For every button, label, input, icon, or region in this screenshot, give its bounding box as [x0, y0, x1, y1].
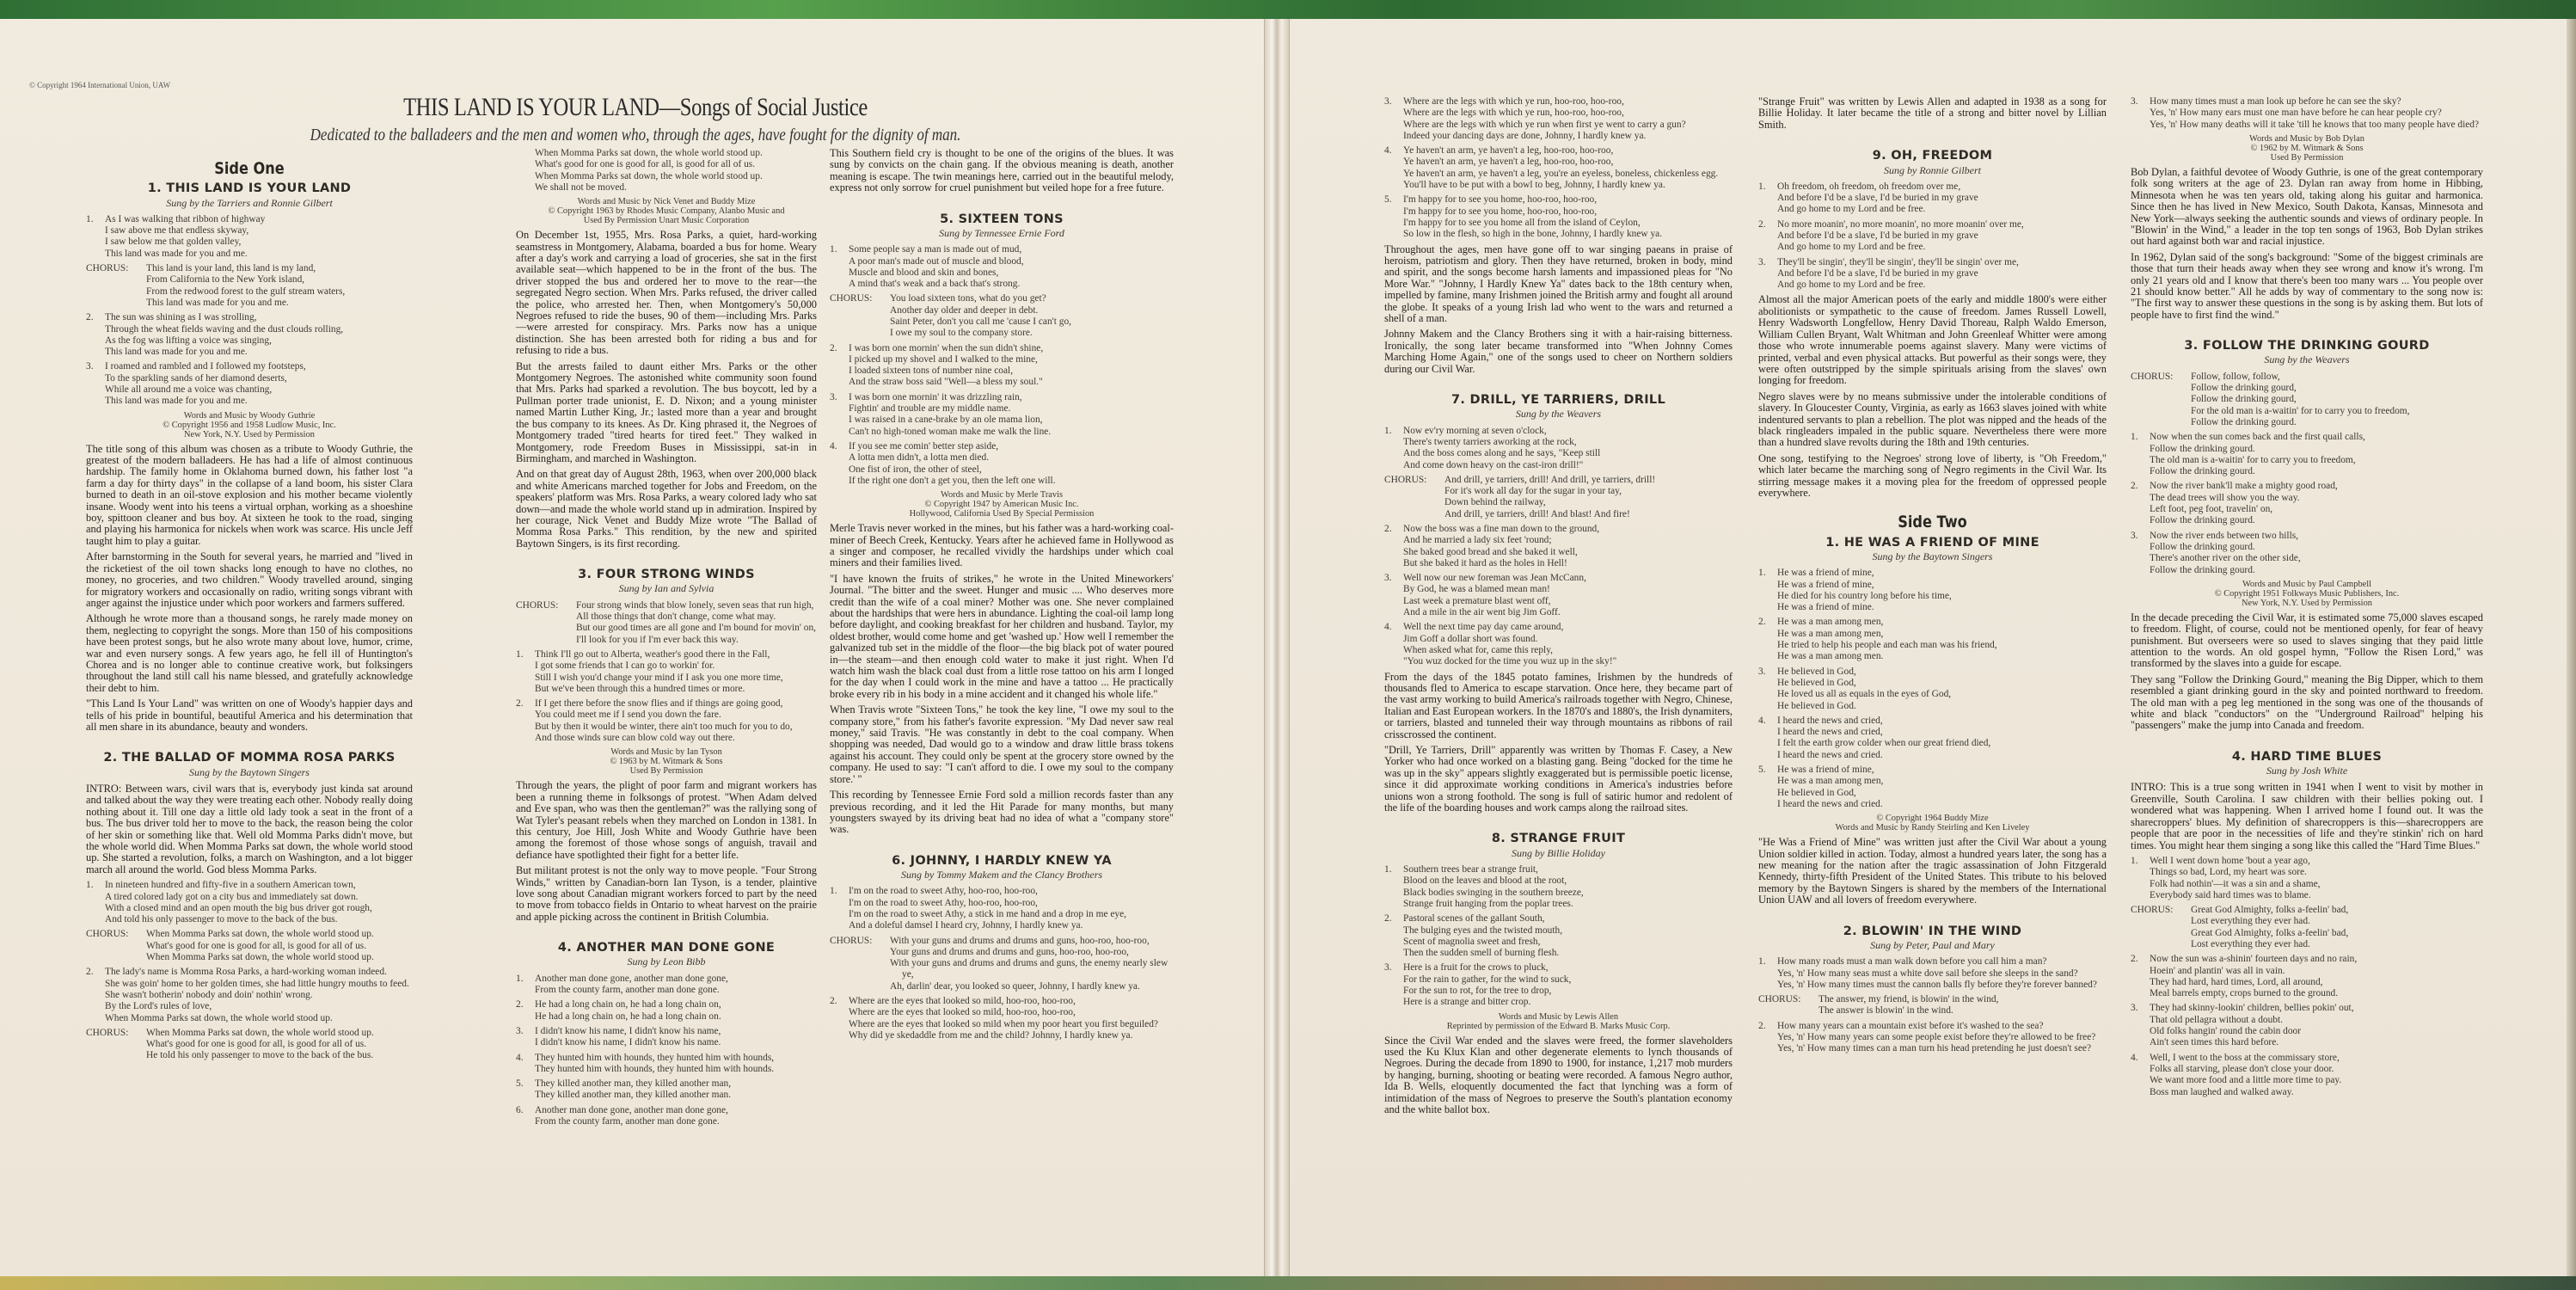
song-drinking-gourd: 3. FOLLOW THE DRINKING GOURDSung by the …: [2131, 341, 2483, 746]
song-blowin-in-the-wind-cont: 3.How many times must a man look up befo…: [2131, 96, 2483, 335]
song-intro: INTRO: This is a true song written in 19…: [2131, 782, 2483, 851]
verse-lines: Some people say a man is made out of mud…: [849, 244, 1024, 290]
lyric-line: When Momma Parks sat down, the whole wor…: [105, 1013, 409, 1024]
lyric-line: The answer is blowin' in the wind.: [1819, 1005, 1998, 1017]
lyric-line: What's good for one is good for all, is …: [535, 159, 763, 170]
lyric-line: They killed another man, they killed ano…: [535, 1078, 731, 1090]
lyric-line: How many roads must a man walk down befo…: [1777, 956, 2097, 967]
lyric-line: Think I'll go out to Alberta, weather's …: [535, 649, 783, 660]
verse: 4.I heard the news and cried,I heard the…: [1758, 716, 2107, 761]
verse: 1.In nineteen hundred and fifty-five in …: [86, 880, 413, 925]
song-title: 1. THIS LAND IS YOUR LAND: [86, 183, 413, 194]
verse-lines: They'll be singin', they'll be singin', …: [1777, 257, 2019, 292]
lyric-line: Here is a strange and bitter crop.: [1403, 997, 1571, 1008]
verse-lines: Pastoral scenes of the gallant South,The…: [1403, 913, 1562, 959]
song-intro: INTRO: Between wars, civil wars that is,…: [86, 783, 413, 875]
verse-lines: Great God Almighty, folks a-feelin' bad,…: [2191, 905, 2348, 950]
lyric-line: I heard the news and cried.: [1777, 799, 1883, 810]
page-title: THIS LAND IS YOUR LAND—Songs of Social J…: [114, 93, 1156, 122]
lyric-line: He believed in God,: [1777, 666, 1951, 678]
lyric-line: Why did ye skedaddle from me and the chi…: [849, 1030, 1158, 1041]
verse: When Momma Parks sat down, the whole wor…: [516, 148, 817, 193]
section-spacer: [830, 199, 1174, 209]
lyric-line: In nineteen hundred and fifty-five in a …: [105, 880, 372, 891]
verse-label: 1.: [516, 974, 535, 997]
credit-line: © Copyright 1951 Folkways Music Publishe…: [2131, 589, 2483, 599]
lyric-line: Where are the eyes that looked so mild, …: [849, 996, 1158, 1007]
credit-line: Words and Music by Nick Venet and Buddy …: [516, 197, 817, 206]
lyric-line: As the fog was lifting a voice was singi…: [105, 335, 343, 347]
lyric-line: Well, I went to the boss at the commissa…: [2150, 1053, 2341, 1064]
verse-label: 3.: [516, 1026, 535, 1049]
section-spacer: [830, 840, 1174, 851]
credit-line: New York, N.Y. Used by Permission: [86, 430, 413, 439]
verse-label: 2.: [516, 698, 535, 744]
lyric-line: By God, he was a blamed mean man!: [1403, 584, 1586, 595]
lyric-line: The old man is a-waitin' for to carry yo…: [2150, 455, 2365, 466]
credit-line: Words and Music by Ian Tyson: [516, 747, 817, 757]
lyric-line: Indeed your dancing days are done, Johnn…: [1403, 131, 1686, 142]
credit-line: Hollywood, California Used By Special Pe…: [830, 509, 1174, 519]
copyright-notice: © Copyright 1964 International Union, UA…: [29, 81, 170, 89]
verse: 3.He believed in God,He believed in God,…: [1758, 666, 2107, 712]
lyric-line: And before I'd be a slave, I'd be buried…: [1777, 230, 2024, 242]
section-spacer: [1384, 818, 1733, 828]
lyric-line: Where are the eyes that looked so mild, …: [849, 1007, 1158, 1018]
lyric-line: Some people say a man is made out of mud…: [849, 244, 1024, 255]
verse: 1.I'm on the road to sweet Athy, hoo-roo…: [830, 886, 1174, 931]
verse-label: 1.: [516, 649, 535, 695]
lyric-line: Blood on the leaves and blood at the roo…: [1403, 875, 1584, 887]
lyric-line: Where are the eyes that looked so mild w…: [849, 1019, 1158, 1030]
verse-lines: The answer, my friend, is blowin' in the…: [1819, 994, 1998, 1017]
lyric-line: Another man done gone, another man done …: [535, 974, 728, 985]
verse-label: 2.: [830, 343, 849, 389]
verse-label: CHORUS:: [1384, 475, 1444, 520]
lyric-line: Yes, 'n' How many times can a man turn h…: [1777, 1043, 2095, 1054]
lyric-line: What's good for one is good for all, is …: [146, 1039, 374, 1050]
verse-lines: They hunted him with hounds, they hunted…: [535, 1053, 774, 1076]
credit-line: Words and Music by Paul Campbell: [2131, 580, 2483, 589]
lyric-line: To the sparkling sands of her diamond de…: [105, 373, 306, 384]
verse: 2.Now the sun was a-shinin' fourteen day…: [2131, 954, 2483, 999]
verse: 3.Now the river ends between two hills,F…: [2131, 531, 2483, 576]
lyric-line: The dead trees will show you the way.: [2150, 493, 2338, 504]
lyric-line: This land is your land, this land is my …: [146, 263, 345, 274]
verse-lines: And drill, ye tarriers, drill! And drill…: [1444, 475, 1655, 520]
lyric-line: Now the river bank'll make a mighty good…: [2150, 481, 2338, 492]
song-notes: Bob Dylan, a faithful devotee of Woody G…: [2131, 167, 2483, 248]
verse-lines: If I get there before the snow flies and…: [535, 698, 793, 744]
verse-label: 3.: [1758, 666, 1777, 712]
song-strange-fruit-cont: "Strange Fruit" was written by Lewis All…: [1758, 96, 2107, 145]
lyric-line: He was a man among men,: [1777, 629, 1997, 640]
lyric-line: Hoein' and plantin' was all in vain.: [2150, 966, 2357, 977]
song-johnny-hardly-knew-ya-cont: 3.Where are the legs with which ye run, …: [1384, 96, 1733, 390]
section-spacer: [1384, 379, 1733, 390]
verse: 4.They hunted him with hounds, they hunt…: [516, 1053, 817, 1076]
lyric-line: Follow the drinking gourd.: [2150, 466, 2365, 477]
verse-lines: Now the river ends between two hills,Fol…: [2150, 531, 2301, 576]
verse-lines: Well the next time pay day came around,J…: [1403, 622, 1616, 667]
lyric-line: He loved us all as equals in the eyes of…: [1777, 689, 1951, 700]
verse: 3.They had skinny-lookin' children, bell…: [2131, 1003, 2483, 1048]
lyric-line: "You wuz docked for the time you wuz up …: [1403, 656, 1616, 667]
lyric-line: I loaded sixteen tons of number nine coa…: [849, 365, 1043, 377]
lyric-line: Great God Almighty, folks a-feelin' bad,: [2191, 928, 2348, 939]
lyric-line: I didn't know his name, I didn't know hi…: [535, 1026, 721, 1037]
song-title: 9. OH, FREEDOM: [1758, 150, 2107, 162]
lyric-line: Pastoral scenes of the gallant South,: [1403, 913, 1562, 924]
verse-lines: Where are the eyes that looked so mild, …: [849, 996, 1158, 1041]
lyric-line: They'll be singin', they'll be singin', …: [1777, 257, 2019, 268]
verse-lines: Well, I went to the boss at the commissa…: [2150, 1053, 2341, 1098]
lyric-line: From the county farm, another man done g…: [535, 1116, 728, 1127]
lyric-line: When Momma Parks sat down, the whole wor…: [146, 929, 374, 940]
lyric-line: Ye haven't an arm, ye haven't a leg, hoo…: [1403, 145, 1718, 157]
side-two-heading: Side Two: [1784, 517, 2080, 528]
verse: 2.The lady's name is Momma Rosa Parks, a…: [86, 967, 413, 1023]
verse: CHORUS:The answer, my friend, is blowin'…: [1758, 994, 2107, 1017]
verse-label: 3.: [1384, 573, 1403, 618]
verse-label: 3.: [2131, 1003, 2150, 1048]
lyric-line: He was a friend of mine,: [1777, 568, 1952, 579]
verse: 1.Some people say a man is made out of m…: [830, 244, 1174, 290]
lyric-line: She wasn't botherin' nobody and doin' no…: [105, 990, 409, 1001]
verse-label: 2.: [516, 999, 535, 1023]
verse-lines: They had skinny-lookin' children, bellie…: [2150, 1003, 2354, 1048]
song-notes: Throughout the ages, men have gone off t…: [1384, 244, 1733, 325]
credit-line: Reprinted by permission of the Edward B.…: [1384, 1022, 1733, 1031]
lyric-line: Black bodies swinging in the southern br…: [1403, 888, 1584, 899]
lyric-line: He had a long chain on, he had a long ch…: [535, 1011, 721, 1023]
lyric-line: Folks all starving, please don't close y…: [2150, 1064, 2341, 1075]
song-sixteen-tons: 5. SIXTEEN TONSSung by Tennessee Ernie F…: [830, 214, 1174, 851]
verse-label: 1.: [1758, 568, 1777, 613]
verse-lines: The sun was shining as I was strolling,T…: [105, 312, 343, 358]
lyric-line: I saw below me that golden valley,: [105, 236, 265, 248]
song-title: 1. HE WAS A FRIEND OF MINE: [1758, 537, 2107, 549]
verse: CHORUS:Great God Almighty, folks a-feeli…: [2131, 905, 2483, 950]
lyric-line: One fist of iron, the other of steel,: [849, 464, 1056, 476]
lyric-line: Lost everything they ever had.: [2191, 939, 2348, 950]
section-spacer: [2131, 1102, 2483, 1112]
verse: 1.He was a friend of mine,He was a frien…: [1758, 568, 2107, 613]
verse: 1.Southern trees bear a strange fruit,Bl…: [1384, 864, 1733, 910]
verse-lines: As I was walking that ribbon of highwayI…: [105, 214, 265, 260]
song-momma-rosa-parks: 2. THE BALLAD OF MOMMA ROSA PARKSSung by…: [86, 752, 413, 1075]
lyric-line: But she baked it hard as the holes in He…: [1403, 558, 1599, 569]
verse: CHORUS:And drill, ye tarriers, drill! An…: [1384, 475, 1733, 520]
song-notes: In 1962, Dylan said of the song's backgr…: [2131, 252, 2483, 321]
verse-label: 1.: [830, 244, 849, 290]
lyric-line: And drill, ye tarriers, drill! And drill…: [1444, 475, 1655, 486]
lyric-line: I felt the earth grow colder when our gr…: [1777, 738, 1990, 749]
lyric-line: Saint Peter, don't you call me 'cause I …: [890, 316, 1071, 328]
lyric-line: Great God Almighty, folks a-feelin' bad,: [2191, 905, 2348, 916]
sung-by: Sung by the Tarriers and Ronnie Gilbert: [86, 198, 413, 209]
lyric-line: Ye haven't an arm, ye haven't a leg, hoo…: [1403, 157, 1718, 168]
lyric-line: This land was made for you and me.: [105, 396, 306, 407]
verse-label: 3.: [2131, 531, 2150, 576]
lyric-line: What's good for one is good for all, is …: [146, 941, 374, 952]
song-notes: "Drill, Ye Tarriers, Drill" apparently w…: [1384, 745, 1733, 814]
verse-label: 4.: [1758, 716, 1777, 761]
lyric-line: No more moanin', no more moanin', no mor…: [1777, 219, 2024, 230]
lyric-line: Yes, 'n' How many ears must one man have…: [2150, 107, 2479, 119]
lyric-line: I saw above me that endless skyway,: [105, 225, 265, 236]
sung-by: Sung by the Baytown Singers: [86, 767, 413, 778]
song-notes: The title song of this album was chosen …: [86, 444, 413, 548]
lyric-line: I'm happy for to see you home all from t…: [1403, 218, 1662, 229]
verse: 4.Ye haven't an arm, ye haven't a leg, h…: [1384, 145, 1733, 191]
section-spacer: [86, 737, 413, 747]
verse-label: 6.: [516, 1105, 535, 1128]
lyric-line: They had skinny-lookin' children, bellie…: [2150, 1003, 2354, 1014]
lyric-line: How many years can a mountain exist befo…: [1777, 1021, 2095, 1032]
verse: 3.They'll be singin', they'll be singin'…: [1758, 257, 2107, 292]
verse-lines: With your guns and drums and drums and g…: [890, 936, 1174, 992]
song-credit: Words and Music by Ian Tyson© 1963 by M.…: [516, 747, 817, 776]
verse-lines: Four strong winds that blow lonely, seve…: [576, 600, 816, 646]
lyric-line: With your guns and drums and drums and g…: [890, 958, 1174, 981]
verse-lines: I roamed and rambled and I followed my f…: [105, 361, 306, 407]
lyric-line: I roamed and rambled and I followed my f…: [105, 361, 306, 372]
gatefold-spine: [1264, 19, 1290, 1279]
verse-lines: In nineteen hundred and fifty-five in a …: [105, 880, 372, 925]
lyric-line: Can't no high-toned woman make me walk t…: [849, 427, 1051, 438]
song-notes: Almost all the major American poets of t…: [1758, 294, 2107, 386]
verse-label: 1.: [1758, 956, 1777, 991]
lyric-line: A mind that's weak and a back that's str…: [849, 279, 1024, 290]
lyric-line: By the Lord's rules of love,: [105, 1001, 409, 1012]
verse: CHORUS:When Momma Parks sat down, the wh…: [86, 1028, 413, 1062]
verse: 3.I was born one mornin' it was drizzlin…: [830, 392, 1174, 438]
lyric-line: Ah, darlin' dear, you looked so queer, J…: [890, 981, 1174, 992]
verse-label: 2.: [2131, 481, 2150, 526]
verse-lines: How many times must a man look up before…: [2150, 96, 2479, 131]
song-title: 8. STRANGE FRUIT: [1384, 833, 1733, 845]
lyric-line: They killed another man, they killed ano…: [535, 1090, 731, 1101]
song-notes: And on that great day of August 28th, 19…: [516, 469, 817, 550]
lyric-line: You could meet me if I send you down the…: [535, 709, 793, 721]
verse-label: 5.: [516, 1078, 535, 1102]
verse-lines: He was a man among men,He was a man amon…: [1777, 617, 1997, 662]
song-strange-fruit: 8. STRANGE FRUITSung by Billie Holiday1.…: [1384, 833, 1733, 1130]
verse-label: 3.: [2131, 96, 2150, 131]
side-one-heading: Side One: [111, 163, 389, 175]
section-spacer: [1758, 911, 2107, 921]
verse-lines: Another man done gone, another man done …: [535, 974, 728, 997]
lyric-line: And he married a lady six feet 'round;: [1403, 535, 1599, 546]
song-drill-ye-tarriers: 7. DRILL, YE TARRIERS, DRILLSung by the …: [1384, 395, 1733, 828]
verse-label: 3.: [86, 361, 105, 407]
verse-lines: When Momma Parks sat down, the whole wor…: [146, 929, 374, 963]
song-title: 3. FOLLOW THE DRINKING GOURD: [2131, 341, 2483, 352]
verse-label: 3.: [1384, 962, 1403, 1008]
credit-line: Words and Music by Bob Dylan: [2131, 134, 2483, 144]
lyric-line: And before I'd be a slave, I'd be buried…: [1777, 268, 2019, 279]
lyric-line: Here is a fruit for the crows to pluck,: [1403, 962, 1571, 974]
verse-label: 2.: [1758, 1021, 1777, 1055]
song-notes: One song, testifying to the Negroes' str…: [1758, 453, 2107, 500]
song-notes: In the decade preceding the Civil War, i…: [2131, 612, 2483, 670]
verse: 1.Now ev'ry morning at seven o'clock,The…: [1384, 426, 1733, 471]
song-momma-rosa-parks-cont: When Momma Parks sat down, the whole wor…: [516, 148, 817, 564]
lyric-line: And a doleful damsel I heard cry, Johnny…: [849, 920, 1126, 931]
section-spacer: [86, 1066, 413, 1076]
lyric-line: And told his only passenger to move to t…: [105, 914, 372, 925]
lyric-line: But our good times are all gone and I'm …: [576, 623, 816, 634]
verse-label: CHORUS:: [86, 929, 146, 963]
verse: 5.He was a friend of mine,He was a man a…: [1758, 765, 2107, 810]
lyric-line: And go home to my Lord and be free.: [1777, 204, 1978, 215]
lyric-line: Follow the drinking gourd.: [2150, 565, 2301, 576]
credit-line: Used By Permission: [2131, 153, 2483, 163]
lyric-line: When Momma Parks sat down, the whole wor…: [535, 148, 763, 159]
sung-by: Sung by Peter, Paul and Mary: [1758, 940, 2107, 951]
column-3: This Southern field cry is thought to be…: [830, 148, 1174, 1055]
credit-line: New York, N.Y. Used by Permission: [2131, 599, 2483, 608]
verse: 2.Where are the eyes that looked so mild…: [830, 996, 1174, 1041]
sung-by: Sung by the Baytown Singers: [1758, 551, 2107, 562]
song-notes: But the arrests failed to daunt either M…: [516, 361, 817, 465]
song-credit: Words and Music by Woody Guthrie© Copyri…: [86, 411, 413, 439]
verse-label: 1.: [2131, 856, 2150, 901]
verse-lines: Well now our new foreman was Jean McCann…: [1403, 573, 1586, 618]
verse-lines: Here is a fruit for the crows to pluck,F…: [1403, 962, 1571, 1008]
lyric-line: And the boss comes along and he says, "K…: [1403, 448, 1600, 459]
verse-label: 4.: [2131, 1053, 2150, 1098]
verse-label: CHORUS:: [2131, 905, 2191, 950]
lyric-line: I'm on the road to sweet Athy, hoo-roo, …: [849, 886, 1126, 897]
lyric-line: The sun was shining as I was strolling,: [105, 312, 343, 323]
lyric-line: If the right one don't a get you, then t…: [849, 476, 1056, 487]
verse-lines: Follow, follow, follow,Follow the drinki…: [2191, 372, 2409, 428]
lyric-line: Ye haven't an arm, ye haven't a leg, you…: [1403, 169, 1718, 180]
verse: 5.They killed another man, they killed a…: [516, 1078, 817, 1102]
verse: 3.I didn't know his name, I didn't know …: [516, 1026, 817, 1049]
lyric-line: For the sun to rot, for the tree to drop…: [1403, 986, 1571, 997]
song-credit: Words and Music by Nick Venet and Buddy …: [516, 197, 817, 225]
verse-lines: Now when the sun comes back and the firs…: [2150, 432, 2365, 477]
verse: 2.I was born one mornin' when the sun di…: [830, 343, 1174, 389]
verse-label: 2.: [1758, 617, 1777, 662]
lyric-line: Where are the legs with which ye run whe…: [1403, 120, 1686, 131]
lyric-line: When asked what for, came this reply,: [1403, 645, 1616, 656]
credit-line: Words and Music by Randy Steirling and K…: [1758, 823, 2107, 832]
verse: 4.Well the next time pay day came around…: [1384, 622, 1733, 667]
verse-label: 5.: [1384, 194, 1403, 240]
column-6: 3.How many times must a man look up befo…: [2131, 96, 2483, 1112]
lyric-line: Lost everything they ever had.: [2191, 916, 2348, 927]
song-title: 7. DRILL, YE TARRIERS, DRILL: [1384, 395, 1733, 406]
verse-lines: I'm on the road to sweet Athy, hoo-roo, …: [849, 886, 1126, 931]
lyric-line: He had a long chain on, he had a long ch…: [535, 999, 721, 1010]
right-page-edge: [2567, 19, 2576, 1279]
verse-lines: Now the river bank'll make a mighty good…: [2150, 481, 2338, 526]
verse-lines: He believed in God,He believed in God,He…: [1777, 666, 1951, 712]
song-oh-freedom: 9. OH, FREEDOMSung by Ronnie Gilbert1.Oh…: [1758, 150, 2107, 513]
song-notes: After barnstorming in the South for seve…: [86, 551, 413, 609]
verse-label: 3.: [830, 392, 849, 438]
verse-lines: I heard the news and cried,I heard the n…: [1777, 716, 1990, 761]
section-spacer: [2131, 325, 2483, 335]
song-title: 5. SIXTEEN TONS: [830, 214, 1174, 225]
verse-lines: Ye haven't an arm, ye haven't a leg, hoo…: [1403, 145, 1718, 191]
lyric-line: Through the wheat fields waving and the …: [105, 324, 343, 335]
lyric-line: I was raised in a cane-brake by an ole m…: [849, 415, 1051, 426]
verse-lines: Think I'll go out to Alberta, weather's …: [535, 649, 783, 695]
section-spacer: [516, 554, 817, 564]
lyric-line: Your guns and drums and drums and guns, …: [890, 947, 1174, 958]
verse-label: 1.: [2131, 432, 2150, 477]
section-spacer: [1384, 1120, 1733, 1130]
lyric-line: That old pellagra without a doubt.: [2150, 1015, 2354, 1026]
verse-lines: How many years can a mountain exist befo…: [1777, 1021, 2095, 1055]
verse-label: 2.: [1384, 524, 1403, 569]
verse-lines: Oh freedom, oh freedom, oh freedom over …: [1777, 181, 1978, 216]
verse-lines: No more moanin', no more moanin', no mor…: [1777, 219, 2024, 254]
lyric-line: From California to the New York island,: [146, 274, 345, 286]
lyric-line: All those things that don't change, come…: [576, 611, 816, 623]
lyric-line: Follow the drinking gourd,: [2191, 383, 2409, 394]
verse: 6.Another man done gone, another man don…: [516, 1105, 817, 1128]
lyric-line: Follow the drinking gourd,: [2191, 394, 2409, 405]
verse: 1.Think I'll go out to Alberta, weather'…: [516, 649, 817, 695]
credit-line: © Copyright 1947 by American Music Inc.: [830, 500, 1174, 509]
verse-label: 2.: [1758, 219, 1777, 254]
lyric-line: Still I wish you'd change your mind if I…: [535, 673, 783, 684]
lyric-line: There's another river on the other side,: [2150, 553, 2301, 564]
verse-label: [516, 148, 535, 193]
lyric-line: Left foot, peg foot, travelin' on,: [2150, 504, 2338, 515]
sung-by: Sung by Josh White: [2131, 765, 2483, 777]
verse: CHORUS:Four strong winds that blow lonel…: [516, 600, 817, 646]
lyric-line: He told his only passenger to move to th…: [146, 1050, 374, 1061]
song-another-man-done-gone-cont: This Southern field cry is thought to be…: [830, 148, 1174, 209]
column-2: When Momma Parks sat down, the whole wor…: [516, 148, 817, 1141]
lyric-line: A poor man's made out of muscle and bloo…: [849, 256, 1024, 267]
lyric-line: Now the river ends between two hills,: [2150, 531, 2301, 542]
credit-line: © Copyright 1956 and 1958 Ludlow Music, …: [86, 421, 413, 430]
sung-by: Sung by Billie Holiday: [1384, 848, 1733, 859]
lyric-line: She was goin' home to her golden times, …: [105, 979, 409, 990]
lyric-line: A lotta men didn't, a lotta men died.: [849, 452, 1056, 464]
lyric-line: Follow, follow, follow,: [2191, 372, 2409, 383]
lyric-line: We want more food and a little more time…: [2150, 1075, 2341, 1086]
lyric-line: A tired colored lady got on a city bus a…: [105, 892, 372, 903]
lyric-line: I heard the news and cried.: [1777, 750, 1990, 761]
verse: 2.Pastoral scenes of the gallant South,T…: [1384, 913, 1733, 959]
lyric-line: I'm happy for to see you home, hoo-roo, …: [1403, 206, 1662, 218]
credit-line: Used By Permission: [516, 766, 817, 776]
credit-line: Words and Music by Lewis Allen: [1384, 1012, 1733, 1022]
song-credit: © Copyright 1964 Buddy MizeWords and Mus…: [1758, 814, 2107, 832]
lyric-line: Another man done gone, another man done …: [535, 1105, 728, 1116]
song-notes: This recording by Tennessee Ernie Ford s…: [830, 789, 1174, 836]
lyric-line: And a mile in the air went big Jim Goff.: [1403, 607, 1586, 618]
lyric-line: Strange fruit hanging from the poplar tr…: [1403, 899, 1584, 910]
lyric-line: He was a friend of mine,: [1777, 580, 1952, 591]
lyric-line: Now the sun was a-shinin' fourteen days …: [2150, 954, 2357, 965]
verse-label: 4.: [1384, 622, 1403, 667]
lyric-line: He tried to help his people and each man…: [1777, 640, 1997, 651]
lyric-line: From the redwood forest to the gulf stre…: [146, 286, 345, 298]
verse: 2.He was a man among men,He was a man am…: [1758, 617, 2107, 662]
lyric-line: I'm on the road to sweet Athy, a stick i…: [849, 909, 1126, 920]
song-credit: Words and Music by Merle Travis© Copyrig…: [830, 490, 1174, 519]
